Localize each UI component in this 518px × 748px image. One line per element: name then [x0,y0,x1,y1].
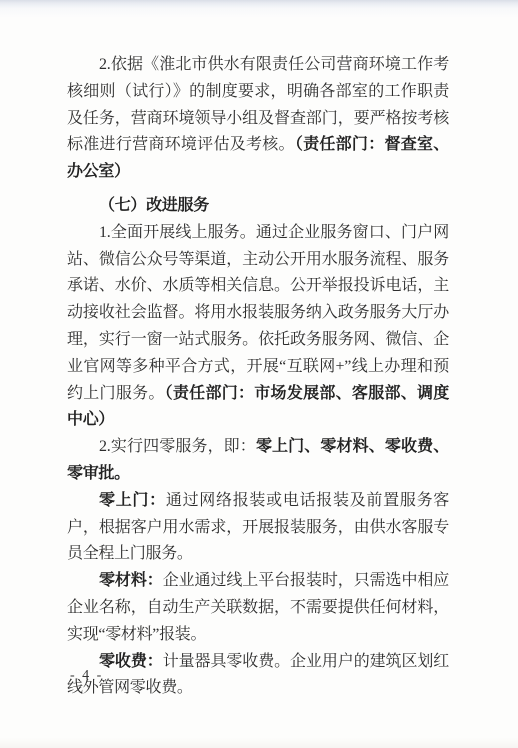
text-run-bold: 零材料： [99,572,163,589]
text-run-bold: （七）改进服务 [99,197,209,214]
paragraph: 零收费：计量器具零收费。企业用户的建筑区划红线外管网零收费。 [67,649,449,703]
text-run-bold: 零上门： [99,492,166,509]
document-body: 2.依据《淮北市供水有限责任公司营商环境工作考核细则（试行）》的制度要求，明确各… [67,52,449,702]
scanned-document-page: 2.依据《淮北市供水有限责任公司营商环境工作考核细则（试行）》的制度要求，明确各… [0,0,518,748]
paragraph: 2.依据《淮北市供水有限责任公司营商环境工作考核细则（试行）》的制度要求，明确各… [67,52,449,186]
section-heading: （七）改进服务 [67,193,449,220]
scan-edge-bottom-artifact [0,738,518,748]
paragraph: 零上门：通过网络报装或电话报装及前置服务客户，根据客户用水需求，开展报装服务，由… [67,488,449,568]
text-run-bold: 零收费： [99,653,163,670]
page-number: - 4 - [70,668,103,684]
scan-edge-top-artifact [0,0,518,18]
paragraph: 2.实行四零服务，即：零上门、零材料、零收费、零审批。 [67,434,449,488]
text-run: 1.全面开展线上服务。通过企业服务窗口、门户网站、微信公众号等渠道，主动公开用水… [67,224,449,402]
text-run: 2.实行四零服务，即： [99,438,256,455]
paragraph: 1.全面开展线上服务。通过企业服务窗口、门户网站、微信公众号等渠道，主动公开用水… [67,220,449,434]
paragraph: 零材料：企业通过线上平台报装时，只需选中相应企业名称，自动生产关联数据，不需要提… [67,568,449,648]
